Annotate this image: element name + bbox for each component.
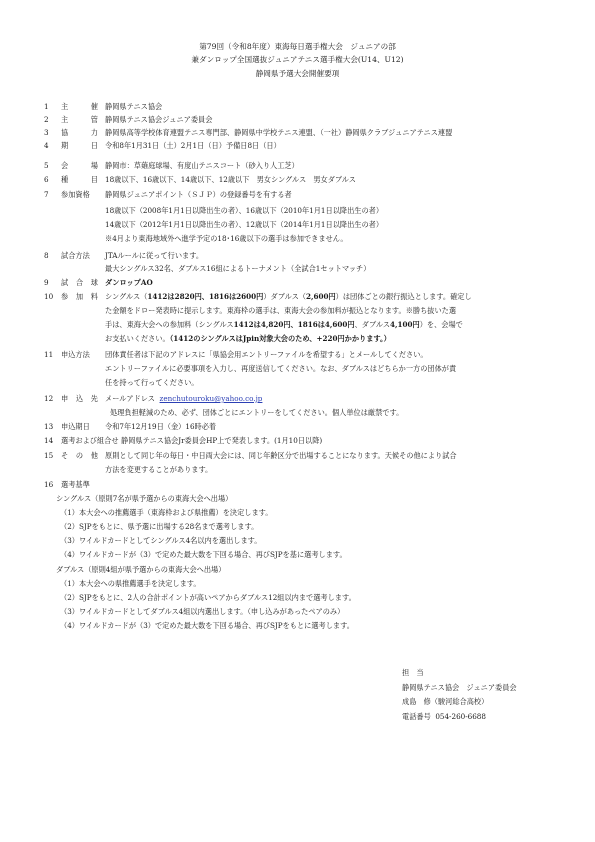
- item-value: 原則として同じ年の毎日・中日両大会には、同じ年齢区分で出場することになります。天…: [105, 452, 457, 459]
- item-value: JTAルールに従って行います。: [105, 252, 203, 259]
- fee-line-3: 手は、東海大会への参加料（シングルス1412は4,820円、1816は4,600…: [105, 321, 463, 328]
- application-address-note: 処理負担軽減のため、必ず、団体ごとにエントリーをしてください。個人単位は厳禁です…: [110, 409, 403, 416]
- singles-criterion: （2）SJPをもとに、県予選に出場する28名まで選考します。: [60, 523, 258, 530]
- item-number: 9: [44, 279, 60, 286]
- item-number: 7: [44, 191, 60, 198]
- title-line-3: 静岡県予選大会開催要項: [0, 70, 595, 78]
- phone-number: 054-260-6688: [435, 712, 486, 721]
- item-number: 11: [44, 351, 60, 358]
- item-label: 参加料: [61, 293, 98, 300]
- doubles-heading: ダブルス（原則4組が県予選からの東海大会へ出場）: [56, 566, 225, 573]
- item-label: その他: [61, 452, 98, 459]
- doubles-criterion: （4）ワイルドカードが（3）で定めた最大数を下回る場合、再びSJPをもとに選考し…: [60, 622, 354, 629]
- item-value: 令和8年1月31日（土）2月1日（日）予備日8日（日）: [105, 142, 281, 149]
- item-label: 主管: [61, 116, 98, 123]
- doubles-criterion: （2）SJPをもとに、2人の合計ポイントが高いペアからダブルス12組以内まで選考…: [60, 594, 356, 601]
- item-label: 申込期日: [61, 423, 101, 430]
- contact-person: 成島 修（駿河総合高校）: [402, 698, 488, 705]
- fee-line-4: お支払いください。（1412のシングルスはJpin対象大会のため、+220円かか…: [105, 335, 391, 342]
- match-format-line: 最大シングルス32名、ダブルス16組によるトーナメント（全試合1セットマッチ）: [105, 265, 370, 272]
- item-value: 静岡県テニス協会Jr委員会HP上で発表します。(1月10日以降): [121, 437, 322, 444]
- singles-heading: シングルス（原則7名が県予選からの東海大会へ出場）: [56, 495, 232, 502]
- application-method-line: エントリーファイルに必要事項を入力し、再度送信してください。なお、ダブルスはどち…: [105, 365, 456, 372]
- singles-criterion: （1）本大会への推薦選手（東海枠および県推薦）を決定します。: [60, 509, 272, 516]
- doubles-criterion: （3）ワイルドカードとしてダブルス4組以内選出します。（申し込みがあったペアのみ…: [60, 608, 344, 615]
- doubles-criterion: （1）本大会への県推薦選手を決定します。: [60, 580, 201, 587]
- item-value: ダンロップAO: [105, 279, 153, 286]
- item-value: 静岡県テニス協会ジュニア委員会: [105, 116, 212, 123]
- item-number: 3: [44, 129, 60, 136]
- singles-criterion: （3）ワイルドカードとしてシングルス4名以内を選出します。: [60, 537, 261, 544]
- item-value: 静岡県テニス協会: [105, 103, 162, 110]
- contact-phone: 電話番号 054-260-6688: [402, 713, 486, 720]
- item-number: 4: [44, 142, 60, 149]
- item-label: 試合球: [61, 279, 98, 286]
- item-number: 6: [44, 176, 60, 183]
- item-value: 18歳以下、16歳以下、14歳以下、12歳以下 男女シングルス 男女ダブルス: [105, 176, 356, 183]
- item-label: 申込方法: [61, 351, 101, 358]
- item-value: 団体責任者は下記のアドレスに「県協会用エントリーファイルを希望する」とメールして…: [105, 351, 428, 358]
- fee-line-1: シングルス（1412は2820円、1816は2600円）ダブルス（2,600円）…: [105, 293, 472, 300]
- item-number: 2: [44, 116, 60, 123]
- eligibility-note: ※4月より東海地域外へ進学予定の18･16歳以下の選手は参加できません。: [105, 235, 348, 242]
- title-line-1: 第79回（令和8年度）東海毎日選手権大会 ジュニアの部: [0, 43, 595, 51]
- eligibility-line: 14歳以下（2012年1月1日以降出生の者）、12歳以下（2014年1月1日以降…: [105, 221, 383, 228]
- item-label: 協力: [61, 129, 98, 136]
- application-method-line: 任を持って行ってください。: [105, 379, 198, 386]
- item-label: 会場: [61, 162, 98, 169]
- item-number: 14: [44, 437, 60, 444]
- item-label: 主催: [61, 103, 98, 110]
- item-label: 参加資格: [61, 191, 101, 198]
- item-number: 5: [44, 162, 60, 169]
- item-number: 15: [44, 452, 60, 459]
- item-label: 申込先: [61, 395, 98, 402]
- contact-heading: 担 当: [402, 669, 424, 676]
- item-value: 静岡県ジュニアポイント（ＳＪＰ）の登録番号を有する者: [105, 191, 292, 198]
- contact-org: 静岡県テニス協会 ジュニア委員会: [402, 684, 517, 691]
- item-value: 令和7年12月19日（金）16時必着: [105, 423, 216, 430]
- item-label: 試合方法: [61, 252, 101, 259]
- fee-line-2: た金額をドロー発表時に提示します。東海枠の選手は、東海大会の参加料が振込となりま…: [105, 307, 456, 314]
- item-number: 1: [44, 103, 60, 110]
- item-number: 8: [44, 252, 60, 259]
- eligibility-line: 18歳以下（2008年1月1日以降出生の者）、16歳以下（2010年1月1日以降…: [105, 207, 383, 214]
- item-value: 静岡市：草薙庭球場、有度山テニスコート（砂入り人工芝）: [105, 162, 299, 169]
- item-value: メールアドレス zenchutouroku@yahoo.co.jp: [105, 395, 262, 402]
- other-line: 方法を変更することがあります。: [105, 466, 212, 473]
- item-number: 12: [44, 395, 60, 402]
- item-label: 期日: [61, 142, 98, 149]
- item-number: 10: [44, 293, 60, 300]
- item-value: 静岡県高等学校体育連盟テニス専門部、静岡県中学校テニス連盟、（一社）静岡県クラブ…: [105, 129, 452, 136]
- item-label: 選考基準: [61, 481, 101, 488]
- item-number: 16: [44, 481, 60, 488]
- item-number: 13: [44, 423, 60, 430]
- item-label: 種目: [61, 176, 98, 183]
- title-line-2: 兼ダンロップ全国選抜ジュニアテニス選手権大会(U14、U12): [0, 56, 595, 64]
- email-link[interactable]: zenchutouroku@yahoo.co.jp: [160, 394, 263, 403]
- singles-criterion: （4）ワイルドカードが（3）で定めた最大数を下回る場合、再びSJPを基に選考しま…: [60, 551, 347, 558]
